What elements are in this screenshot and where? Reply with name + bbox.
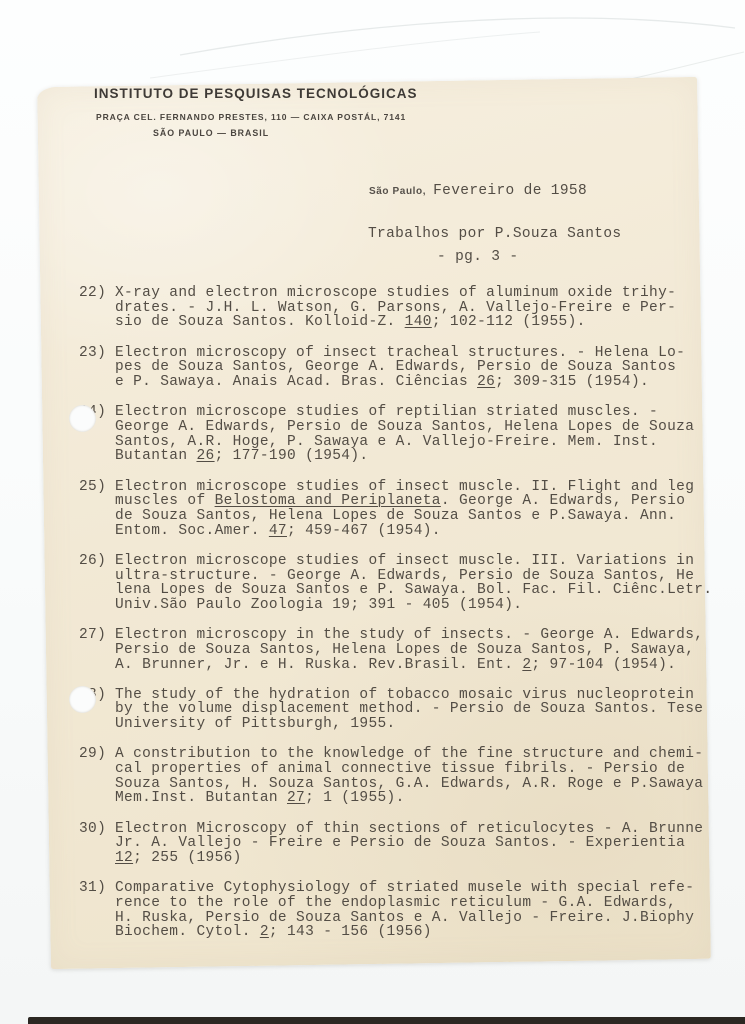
item-text-line: George A. Edwards, Persio de Souza Santo… bbox=[115, 420, 695, 435]
reference-list: 22)X-ray and electron microscope studies… bbox=[79, 286, 695, 956]
item-text: Electron microscope studies of reptilian… bbox=[115, 405, 695, 464]
letterhead-address: PRAÇA CEL. FERNANDO PRESTES, 110 — CAIXA… bbox=[96, 112, 406, 122]
item-text-line: pes de Souza Santos, George A. Edwards, … bbox=[115, 360, 695, 375]
item-text-line: Electron microscope studies of insect mu… bbox=[115, 554, 712, 569]
item-text-line: Butantan 26; 177-190 (1954). bbox=[115, 449, 695, 464]
item-text: A constribution to the knowledge of the … bbox=[115, 747, 703, 806]
item-text-line: Mem.Inst. Butantan 27; 1 (1955). bbox=[115, 791, 703, 806]
item-text: Comparative Cytophysiology of striated m… bbox=[115, 881, 695, 940]
document-content: INSTITUTO DE PESQUISAS TECNOLÓGICAS PRAÇ… bbox=[0, 0, 745, 1024]
item-text-line: Entom. Soc.Amer. 47; 459-467 (1954). bbox=[115, 524, 695, 539]
item-text-line: Electron microscopy in the study of inse… bbox=[115, 628, 703, 643]
item-text-line: drates. - J.H. L. Watson, G. Parsons, A.… bbox=[115, 301, 695, 316]
item-text: X-ray and electron microscope studies of… bbox=[115, 286, 695, 330]
list-item: 22)X-ray and electron microscope studies… bbox=[79, 286, 695, 330]
item-number: 30) bbox=[79, 822, 115, 866]
list-item: 26)Electron microscope studies of insect… bbox=[79, 554, 695, 613]
item-text-line: Persio de Souza Santos, Helena Lopes de … bbox=[115, 643, 703, 658]
item-text-line: A constribution to the knowledge of the … bbox=[115, 747, 703, 762]
dateline-printed-city: São Paulo, bbox=[369, 186, 426, 197]
item-text-line: Univ.São Paulo Zoologia 19; 391 - 405 (1… bbox=[115, 598, 712, 613]
document-title: Trabalhos por P.Souza Santos bbox=[368, 227, 621, 242]
list-item: 28)The study of the hydration of tobacco… bbox=[79, 688, 695, 732]
punch-hole-top bbox=[69, 405, 96, 432]
item-text-line: e P. Sawaya. Anais Acad. Bras. Ciências … bbox=[115, 375, 695, 390]
item-text-line: rence to the role of the endoplasmic ret… bbox=[115, 896, 695, 911]
item-number: 25) bbox=[79, 480, 115, 539]
letterhead-institute: INSTITUTO DE PESQUISAS TECNOLÓGICAS bbox=[94, 86, 418, 101]
page-number: - pg. 3 - bbox=[437, 250, 518, 265]
scan-edge-strip bbox=[28, 1017, 745, 1024]
letterhead-city: SÃO PAULO — BRASIL bbox=[153, 128, 269, 138]
item-text-line: H. Ruska, Persio de Souza Santos e A. Va… bbox=[115, 911, 695, 926]
item-text-line: X-ray and electron microscope studies of… bbox=[115, 286, 695, 301]
dateline-typed-date: Fevereiro de 1958 bbox=[433, 184, 587, 199]
item-text-line: A. Brunner, Jr. e H. Ruska. Rev.Brasil. … bbox=[115, 658, 703, 673]
item-text-line: University of Pittsburgh, 1955. bbox=[115, 717, 703, 732]
item-text-line: Comparative Cytophysiology of striated m… bbox=[115, 881, 695, 896]
item-number: 22) bbox=[79, 286, 115, 330]
punch-hole-bottom bbox=[69, 686, 96, 713]
item-text: Electron Microscopy of thin sections of … bbox=[115, 822, 703, 866]
list-item: 31)Comparative Cytophysiology of striate… bbox=[79, 881, 695, 940]
item-text-line: Jr. A. Vallejo - Freire e Persio de Souz… bbox=[115, 836, 703, 851]
item-number: 27) bbox=[79, 628, 115, 672]
item-text: Electron microscopy of insect tracheal s… bbox=[115, 346, 695, 390]
item-text-line: Electron microscope studies of reptilian… bbox=[115, 405, 695, 420]
item-text-line: The study of the hydration of tobacco mo… bbox=[115, 688, 703, 703]
list-item: 30)Electron Microscopy of thin sections … bbox=[79, 822, 695, 866]
item-number: 31) bbox=[79, 881, 115, 940]
item-number: 26) bbox=[79, 554, 115, 613]
list-item: 24)Electron microscope studies of reptil… bbox=[79, 405, 695, 464]
item-text: Electron microscope studies of insect mu… bbox=[115, 554, 712, 613]
item-text-line: cal properties of animal connective tiss… bbox=[115, 762, 703, 777]
item-text: Electron microscopy in the study of inse… bbox=[115, 628, 703, 672]
dateline: São Paulo, Fevereiro de 1958 bbox=[369, 184, 587, 199]
list-item: 25)Electron microscope studies of insect… bbox=[79, 480, 695, 539]
item-text-line: Electron Microscopy of thin sections of … bbox=[115, 822, 703, 837]
item-number: 23) bbox=[79, 346, 115, 390]
item-text-line: by the volume displacement method. - Per… bbox=[115, 702, 703, 717]
item-text-line: Souza Santos, H. Souza Santos, G.A. Edwa… bbox=[115, 777, 703, 792]
item-text-line: Santos, A.R. Hoge, P. Sawaya e A. Vallej… bbox=[115, 435, 695, 450]
item-text-line: de Souza Santos, Helena Lopes de Souza S… bbox=[115, 509, 695, 524]
item-text-line: Electron microscope studies of insect mu… bbox=[115, 480, 695, 495]
item-text-line: Electron microscopy of insect tracheal s… bbox=[115, 346, 695, 361]
item-text-line: sio de Souza Santos. Kolloid-Z. 140; 102… bbox=[115, 315, 695, 330]
list-item: 27)Electron microscopy in the study of i… bbox=[79, 628, 695, 672]
item-text-line: lena Lopes de Souza Santos e P. Sawaya. … bbox=[115, 583, 712, 598]
item-number: 29) bbox=[79, 747, 115, 806]
list-item: 29)A constribution to the knowledge of t… bbox=[79, 747, 695, 806]
item-text: The study of the hydration of tobacco mo… bbox=[115, 688, 703, 732]
item-text-line: 12; 255 (1956) bbox=[115, 851, 703, 866]
item-text-line: Biochem. Cytol. 2; 143 - 156 (1956) bbox=[115, 925, 695, 940]
list-item: 23)Electron microscopy of insect trachea… bbox=[79, 346, 695, 390]
scanned-document: INSTITUTO DE PESQUISAS TECNOLÓGICAS PRAÇ… bbox=[0, 0, 745, 1024]
item-text-line: muscles of Belostoma and Periplaneta. Ge… bbox=[115, 494, 695, 509]
item-text: Electron microscope studies of insect mu… bbox=[115, 480, 695, 539]
item-text-line: ultra-structure. - George A. Edwards, Pe… bbox=[115, 569, 712, 584]
